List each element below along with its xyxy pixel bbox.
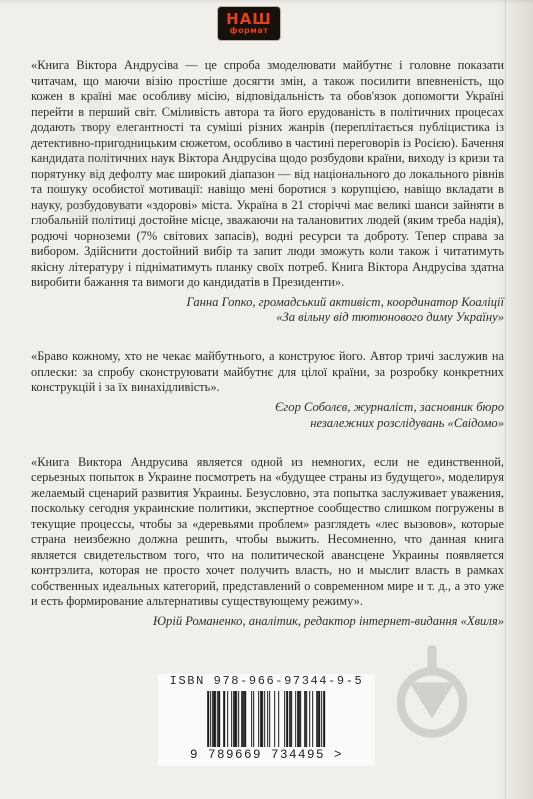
publisher-logo-line2: формат — [230, 26, 269, 35]
quote-attribution-3: Юрій Романенко, аналітик, редактор інтер… — [31, 614, 504, 630]
quote-attribution-2: Єгор Соболєв, журналіст, засновник бюро … — [31, 400, 504, 432]
blurb-text-column: «Книга Віктора Андрусіва — це спроба змо… — [31, 58, 504, 630]
publisher-logo-line1: НАШ — [226, 12, 272, 26]
spacer — [31, 432, 504, 455]
isbn-block: ISBN 978-966-97344-9-5 9 789669 734495 > — [158, 674, 376, 766]
book-back-cover: НАШ формат «Книга Віктора Андрусіва — це… — [0, 0, 533, 799]
quote-attribution-1: Ганна Гопко, громадський активіст, коорд… — [31, 295, 504, 327]
quote-text-1: «Книга Віктора Андрусіва — це спроба змо… — [31, 58, 504, 291]
quote-text-3: «Книга Виктора Андрусива является одной … — [31, 455, 504, 610]
isbn-label: ISBN 978-966-97344-9-5 — [170, 674, 364, 688]
quote-text-2: «Браво кожному, хто не чекає майбутнього… — [31, 349, 504, 396]
barcode-digits: 9 789669 734495 > — [170, 748, 364, 762]
store-watermark-icon — [390, 642, 474, 743]
spacer — [31, 326, 504, 349]
barcode-icon — [207, 691, 325, 747]
publisher-logo: НАШ формат — [218, 7, 280, 40]
